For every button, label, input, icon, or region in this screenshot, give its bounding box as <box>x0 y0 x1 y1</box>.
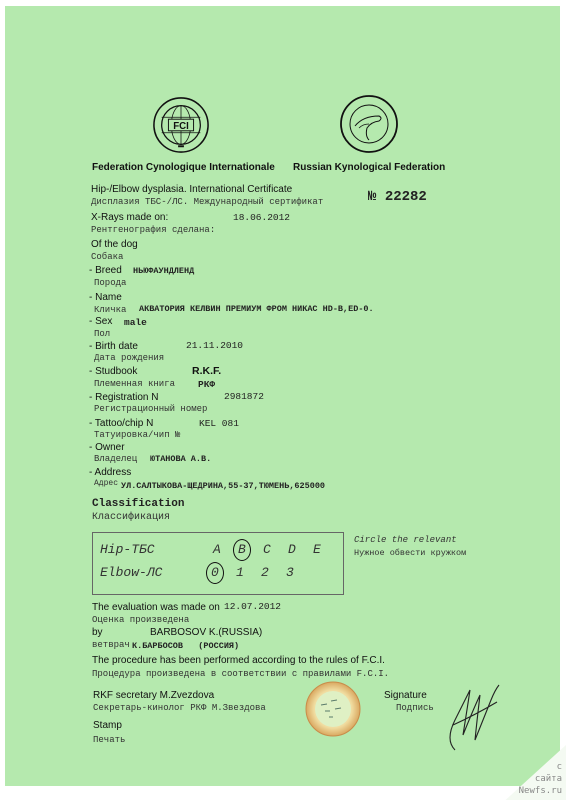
watermark-line-3: Newfs.ru <box>519 786 562 796</box>
sex-value: male <box>124 317 147 328</box>
address-value: УЛ.САЛТЫКОВА-ЩЕДРИНА,55-37,ТЮМЕНЬ,625000 <box>121 481 325 491</box>
elbow-grade-1: 1 <box>236 565 244 580</box>
signature-label-en: Signature <box>384 690 427 701</box>
name-value: АКВАТОРИЯ КЕЛВИН ПРЕМИУМ ФРОМ НИКАС HD-B… <box>139 304 374 314</box>
name-label-en: - Name <box>89 292 122 303</box>
tattoo-value: KEL 081 <box>199 418 239 429</box>
owner-label-ru: Владелец <box>94 454 137 464</box>
procedure-text-en: The procedure has been performed accordi… <box>92 655 385 666</box>
hip-selected-circle <box>233 539 251 561</box>
certificate-title-en: Hip-/Elbow dysplasia. International Cert… <box>91 184 292 195</box>
birth-label-en: - Birth date <box>89 341 138 352</box>
handwritten-signature-icon <box>425 680 505 755</box>
by-label-en: by <box>92 627 103 638</box>
rkf-dog-head-logo-icon <box>339 94 399 154</box>
classification-title-en: Classification <box>92 498 184 510</box>
dog-label-ru: Собака <box>91 252 123 262</box>
vet-name-ru: К.БАРБОСОВ (РОССИЯ) <box>132 641 239 651</box>
studbook-value-en: R.K.F. <box>192 365 221 377</box>
evaluation-label-en: The evaluation was made on <box>92 602 220 613</box>
tattoo-label-en: - Tattoo/chip N <box>89 418 153 429</box>
hip-grade-a: A <box>213 542 221 557</box>
owner-value: ЮТАНОВА А.В. <box>150 454 211 464</box>
xrays-date: 18.06.2012 <box>233 212 290 223</box>
breed-label-ru: Порода <box>94 278 126 288</box>
xrays-label-ru: Рентгенография сделана: <box>91 225 215 235</box>
xrays-label-en: X-Rays made on: <box>91 212 168 223</box>
procedure-text-ru: Процедура произведена в соответствии с п… <box>92 669 389 679</box>
vet-name-en: BARBOSOV K.(RUSSIA) <box>150 627 262 638</box>
elbow-selected-circle <box>206 562 224 584</box>
studbook-value-ru: РКФ <box>198 379 215 390</box>
circle-note-ru: Нужное обвести кружком <box>354 548 466 558</box>
address-label-ru: Адрес <box>94 479 118 488</box>
tattoo-label-ru: Татуировка/чип № <box>94 430 180 440</box>
name-label-ru: Кличка <box>94 305 126 315</box>
evaluation-date: 12.07.2012 <box>224 601 281 612</box>
secretary-en: RKF secretary M.Zvezdova <box>93 690 214 701</box>
watermark-line-2: сайта <box>535 774 562 784</box>
breed-value: НЬЮФАУНДЛЕНД <box>133 266 194 276</box>
elbow-grade-3: 3 <box>286 565 294 580</box>
registration-label-ru: Регистрационный номер <box>94 404 207 414</box>
stamp-label-en: Stamp <box>93 720 122 731</box>
breed-label-en: - Breed <box>89 265 122 276</box>
sex-label-en: - Sex <box>89 316 112 327</box>
by-label-ru: ветврач <box>92 640 130 650</box>
registration-value: 2981872 <box>224 391 264 402</box>
secretary-ru: Секретарь-кинолог РКФ М.Звездова <box>93 703 266 713</box>
elbow-grade-2: 2 <box>261 565 269 580</box>
certificate-number: № 22282 <box>368 189 427 205</box>
rkf-hologram-seal-icon <box>305 681 361 737</box>
watermark-line-1: с <box>557 762 562 772</box>
registration-label-en: - Registration N <box>89 392 158 403</box>
dog-label-en: Of the dog <box>91 239 138 250</box>
number-sign: № <box>368 189 376 205</box>
hip-grade-d: D <box>288 542 296 557</box>
number-value: 22282 <box>385 189 427 205</box>
address-label-en: - Address <box>89 467 131 478</box>
hip-label: Hip-ТБС <box>100 542 155 557</box>
sex-label-ru: Пол <box>94 329 110 339</box>
hip-grade-e: E <box>313 542 321 557</box>
birth-value: 21.11.2010 <box>186 340 243 351</box>
svg-text:FCI: FCI <box>173 121 189 132</box>
circle-note-en: Circle the relevant <box>354 535 457 545</box>
classification-title-ru: Классификация <box>92 512 170 523</box>
rkf-org-name: Russian Kynological Federation <box>293 162 445 173</box>
birth-label-ru: Дата рождения <box>94 353 164 363</box>
fci-org-name: Federation Cynologique Internationale <box>92 162 275 173</box>
studbook-label-ru: Племенная книга <box>94 379 175 389</box>
owner-label-en: - Owner <box>89 442 125 453</box>
studbook-label-en: - Studbook <box>89 366 137 377</box>
evaluation-label-ru: Оценка произведена <box>92 615 189 625</box>
fci-globe-logo-icon: FCI <box>152 96 210 154</box>
stamp-label-ru: Печать <box>93 735 125 745</box>
elbow-label: Elbow-ЛС <box>100 565 162 580</box>
hip-grade-c: C <box>263 542 271 557</box>
certificate-title-ru: Дисплазия ТБС-/ЛС. Международный сертифи… <box>91 197 323 207</box>
